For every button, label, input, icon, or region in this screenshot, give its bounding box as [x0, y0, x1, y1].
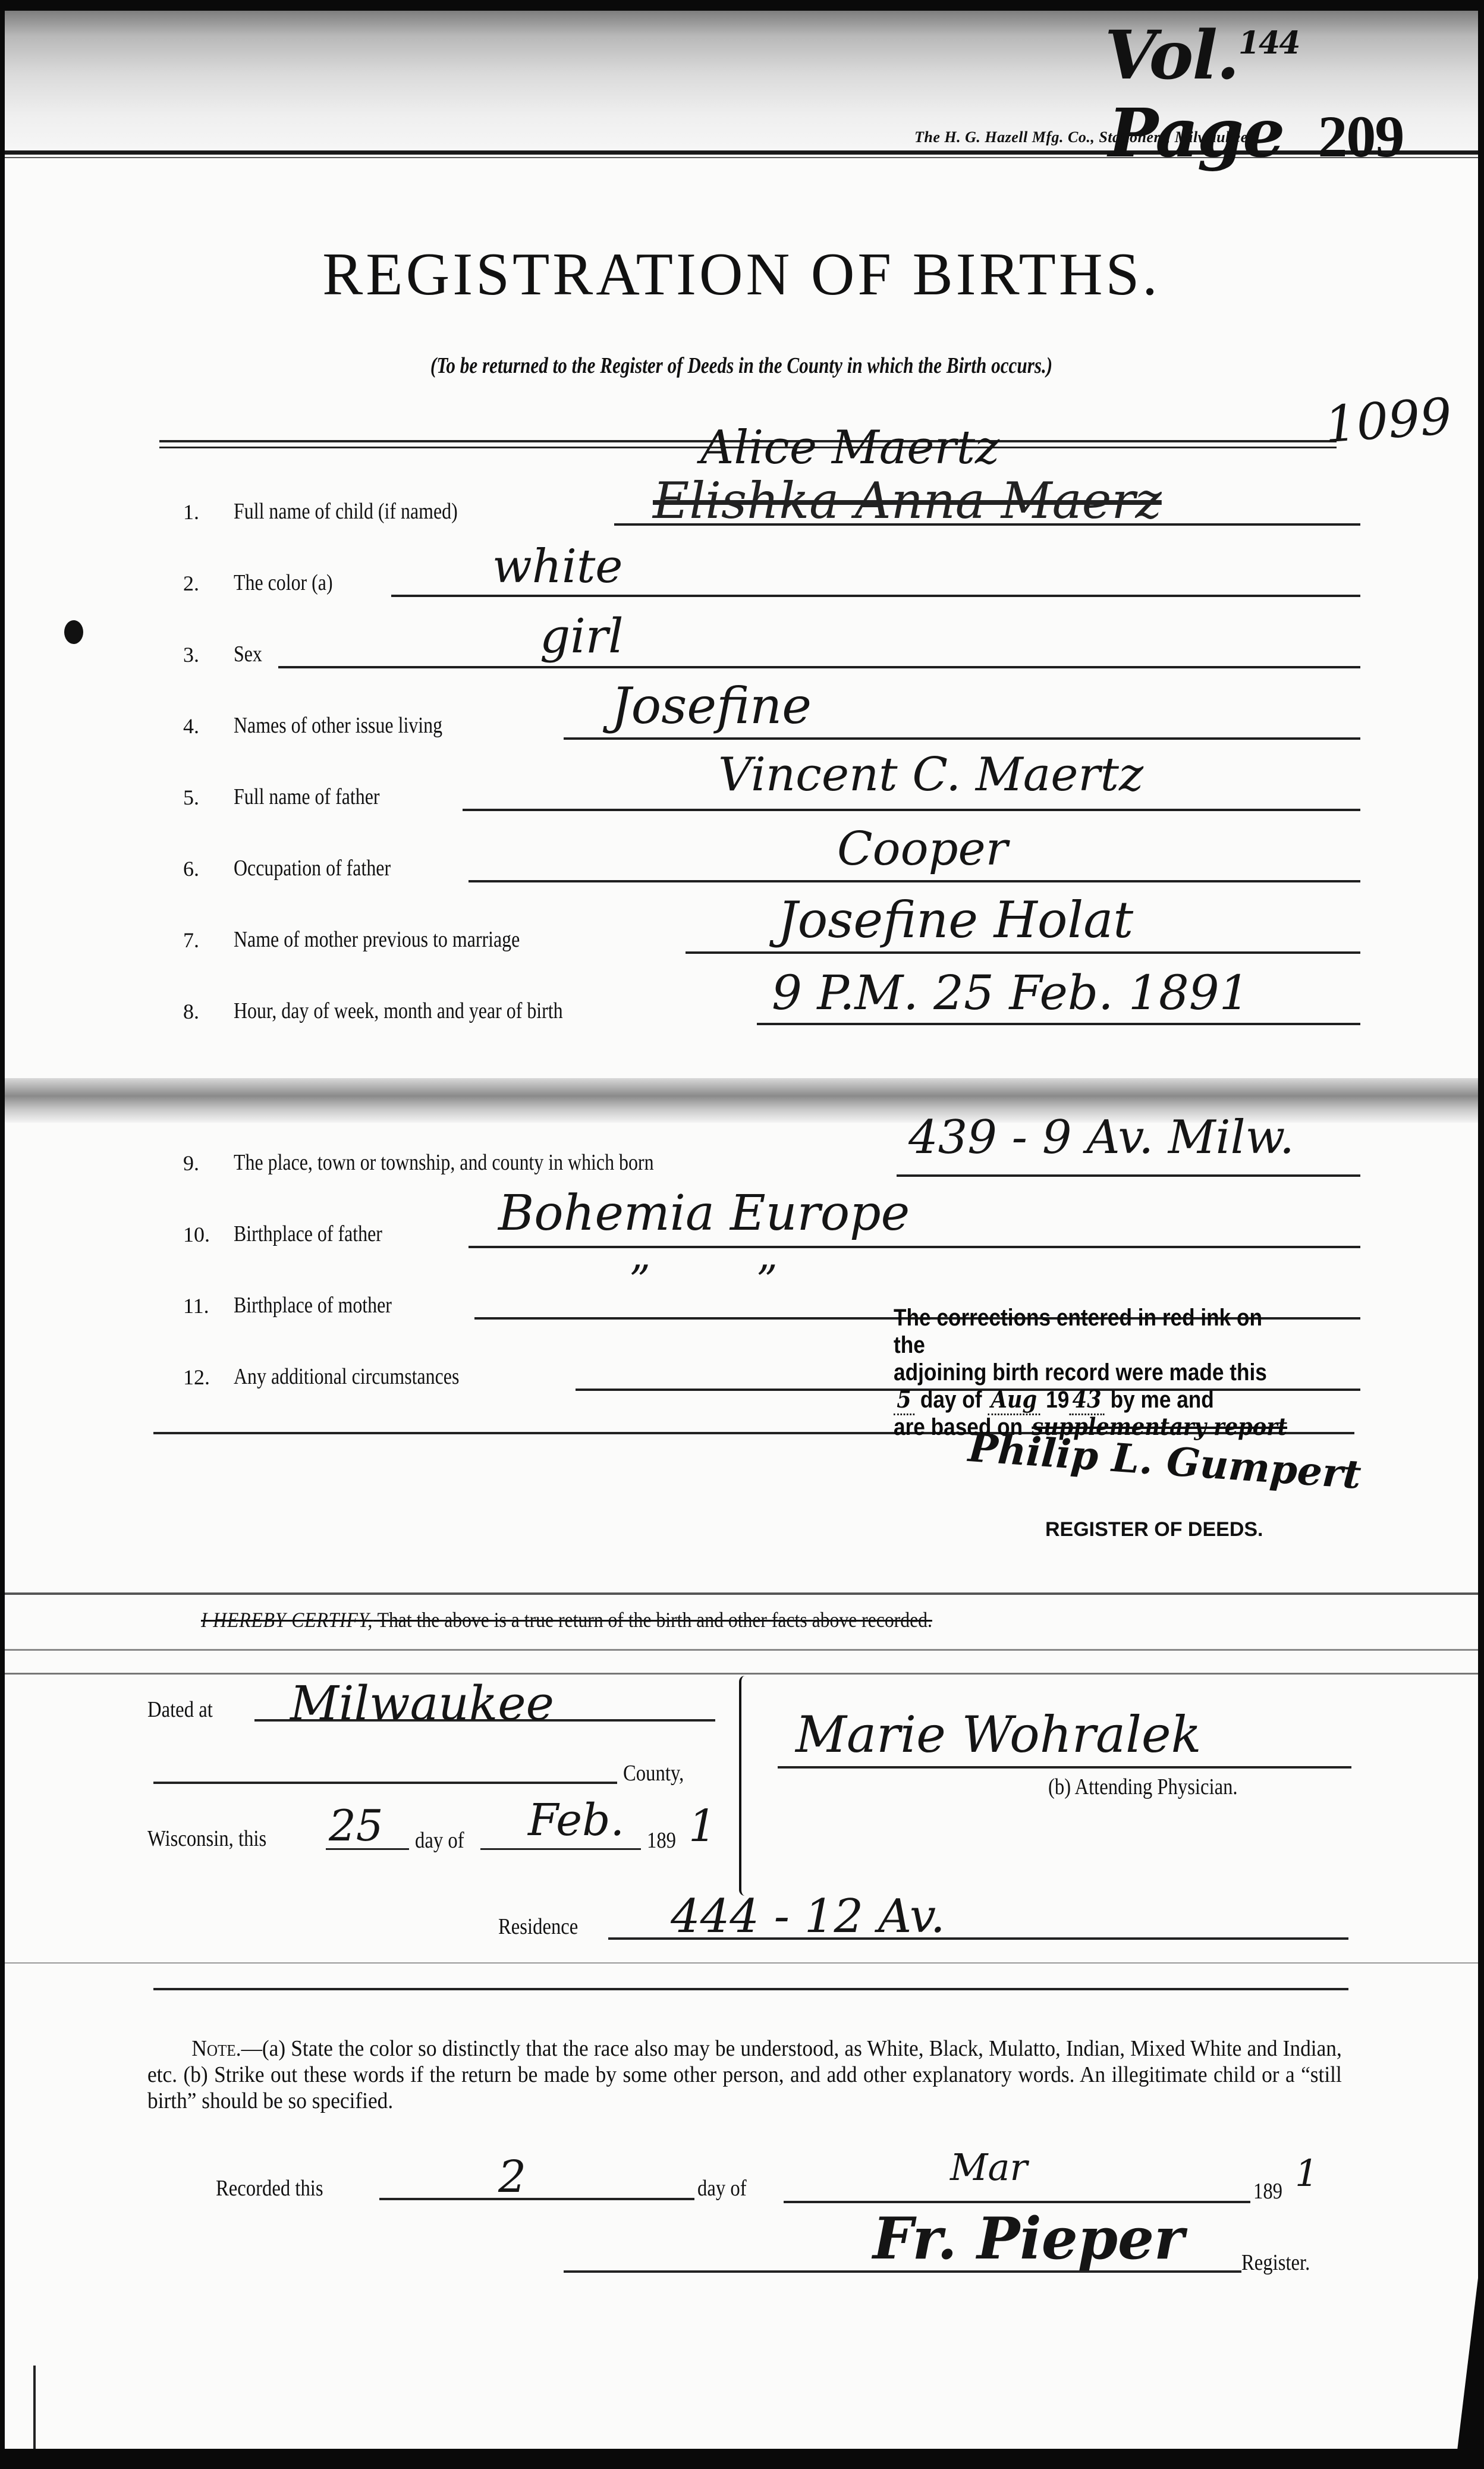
paper-edge-mark	[33, 2366, 36, 2449]
stamp-year-suffix: 43	[1069, 1386, 1105, 1415]
note-text: —(a) State the color so distinctly that …	[147, 2036, 1342, 2113]
recorded-month-line	[784, 2201, 1250, 2203]
dated-at-label: Dated at	[147, 1697, 213, 1723]
father-birthplace-value: Bohemia Europe	[498, 1185, 910, 1242]
dated-at-value: Milwaukee	[290, 1676, 554, 1731]
recorded-day-value: 2	[498, 2151, 526, 2203]
blank-rule	[153, 1988, 1348, 1990]
dated-day-value: 25	[329, 1801, 383, 1851]
field-number: 4.	[183, 714, 225, 739]
stamp-year-prefix: 19	[1046, 1387, 1069, 1413]
field-label: The color (a)	[234, 570, 333, 596]
field-number: 9.	[183, 1151, 225, 1176]
stamp-month: Aug	[988, 1386, 1040, 1415]
field-line	[469, 880, 1360, 882]
volume-page-annotation: Vol.144 Page 209	[1105, 17, 1478, 172]
father-occupation-value: Cooper	[837, 822, 1008, 876]
certify-lead: I HEREBY CERTIFY,	[201, 1608, 373, 1632]
field-label: Birthplace of father	[234, 1221, 382, 1247]
recorded-year-prefix: 189	[1253, 2178, 1282, 2204]
field-line	[757, 1023, 1360, 1025]
field-mother-maiden-name: 7. Name of mother previous to marriage	[183, 921, 1360, 956]
volume-number: 144	[1238, 25, 1300, 61]
corrections-stamp: The corrections entered in red ink on th…	[894, 1304, 1291, 1441]
form-note: Note.—(a) State the color so distinctly …	[147, 2035, 1342, 2114]
register-of-deeds-label: REGISTER OF DEEDS.	[1045, 1518, 1263, 1541]
field-line	[278, 666, 1360, 668]
register-line	[564, 2270, 1241, 2273]
field-number: 3.	[183, 642, 225, 667]
stamp-day: 5	[894, 1386, 914, 1415]
brace	[739, 1676, 745, 1896]
recorded-this-label: Recorded this	[216, 2175, 323, 2201]
physician-line	[778, 1766, 1351, 1768]
wisconsin-this-label: Wisconsin, this	[147, 1826, 266, 1852]
field-number: 6.	[183, 856, 225, 881]
field-sex: 3. Sex	[183, 635, 1360, 671]
field-color: 2. The color (a)	[183, 564, 1360, 599]
other-issue-value: Josefine	[611, 677, 812, 735]
residence-label: Residence	[498, 1914, 578, 1940]
dated-year-prefix: 189	[647, 1827, 676, 1854]
dated-year-suffix: 1	[688, 1801, 716, 1852]
birth-place-value: 439 - 9 Av. Milw.	[908, 1111, 1294, 1164]
certification-statement: I HEREBY CERTIFY, That the above is a tr…	[201, 1607, 932, 1632]
field-line	[686, 951, 1360, 954]
mother-maiden-name-value: Josefine Holat	[778, 891, 1133, 949]
mother-birthplace-value: ” ”	[629, 1257, 778, 1305]
residence-value: 444 - 12 Av.	[671, 1890, 945, 1943]
field-line	[469, 1246, 1360, 1248]
ink-blot	[64, 620, 83, 644]
field-father-occupation: 6. Occupation of father	[183, 849, 1360, 885]
father-name-value: Vincent C. Maertz	[718, 748, 1143, 802]
field-line	[564, 737, 1360, 740]
field-label: Occupation of father	[234, 855, 391, 881]
recorded-month-value: Mar	[950, 2146, 1027, 2189]
recorded-year-suffix: 1	[1295, 2151, 1318, 2195]
cert-rule-top	[5, 1592, 1478, 1595]
field-label: Name of mother previous to marriage	[234, 926, 520, 953]
register-label: Register.	[1241, 2250, 1310, 2276]
field-number: 2.	[183, 571, 225, 596]
field-line	[897, 1174, 1360, 1177]
record-number: 1099	[1323, 387, 1454, 454]
recorded-day-of-label: day of	[697, 2175, 747, 2201]
stationer-imprint: The H. G. Hazell Mfg. Co., Stationers, M…	[914, 128, 1252, 146]
attending-physician-label: (b) Attending Physician.	[1048, 1774, 1238, 1800]
birth-datetime-value: 9 P.M. 25 Feb. 1891	[772, 965, 1250, 1020]
page-title: REGISTRATION OF BIRTHS.	[5, 240, 1478, 309]
county-label: County,	[623, 1760, 684, 1786]
field-label: Full name of child (if named)	[234, 498, 458, 524]
certify-text: That the above is a true return of the b…	[373, 1608, 932, 1632]
field-label: Hour, day of week, month and year of bir…	[234, 998, 563, 1024]
color-value: white	[492, 540, 622, 593]
field-label: Names of other issue living	[234, 712, 442, 739]
field-number: 1.	[183, 500, 225, 524]
volume-label: Vol.	[1105, 17, 1238, 95]
field-label: The place, town or township, and county …	[234, 1149, 654, 1176]
field-number: 11.	[183, 1293, 225, 1318]
field-label: Any additional circumstances	[234, 1364, 459, 1390]
child-name-corrected: Alice Maertz	[700, 421, 999, 475]
field-label: Full name of father	[234, 784, 380, 810]
county-line	[153, 1782, 617, 1784]
stamp-day-of: day of	[920, 1387, 982, 1413]
field-number: 7.	[183, 928, 225, 953]
recorded-day-line	[379, 2198, 694, 2200]
note-lead: Note.	[191, 2036, 241, 2061]
field-number: 8.	[183, 999, 225, 1024]
residence-rule	[5, 1962, 1478, 1964]
field-line	[463, 809, 1360, 811]
stamp-line-2: adjoining birth record were made this	[894, 1359, 1291, 1386]
dated-month-value: Feb.	[528, 1795, 624, 1846]
stamp-line-1: The corrections entered in red ink on th…	[894, 1304, 1291, 1359]
field-number: 12.	[183, 1365, 225, 1390]
month-line	[480, 1848, 641, 1850]
stamp-by-me: by me and	[1111, 1387, 1214, 1413]
birth-registration-form: Vol.144 Page 209 The H. G. Hazell Mfg. C…	[5, 11, 1478, 2449]
cert-rule-mid	[5, 1649, 1478, 1651]
field-line	[391, 595, 1360, 597]
sex-value: girl	[540, 608, 624, 664]
stamp-line-3: 5 day of Aug 1943 by me and	[894, 1386, 1291, 1413]
physician-signature: Marie Wohralek	[796, 1705, 1202, 1764]
day-of-label: day of	[415, 1827, 464, 1854]
field-label: Sex	[234, 641, 262, 667]
child-name-struck: Elishka Anna Maerz	[653, 472, 1162, 530]
cert-rule-bottom	[5, 1673, 1478, 1675]
page-number: 209	[1318, 103, 1403, 169]
field-number: 10.	[183, 1222, 225, 1247]
field-label: Birthplace of mother	[234, 1292, 392, 1318]
register-signature: Fr. Pieper	[873, 2205, 1184, 2272]
field-number: 5.	[183, 785, 225, 810]
page-subtitle: (To be returned to the Register of Deeds…	[137, 353, 1345, 379]
